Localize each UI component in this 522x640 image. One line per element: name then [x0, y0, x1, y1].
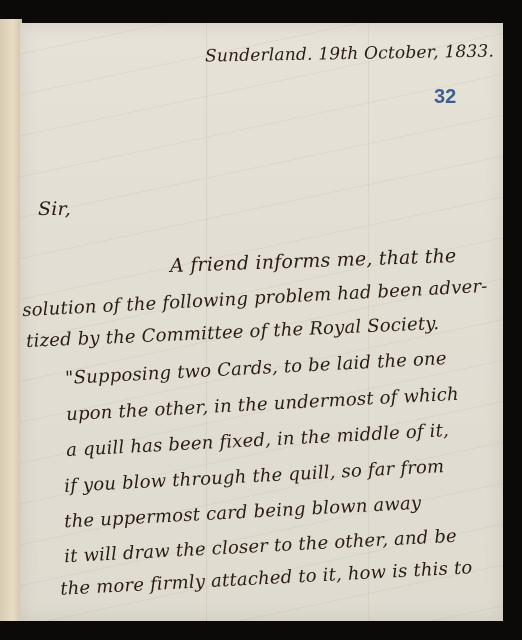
salutation: Sir, — [38, 198, 71, 220]
folio-number: 32 — [434, 86, 456, 109]
fold-line — [206, 23, 207, 621]
binding-strip — [0, 19, 22, 621]
